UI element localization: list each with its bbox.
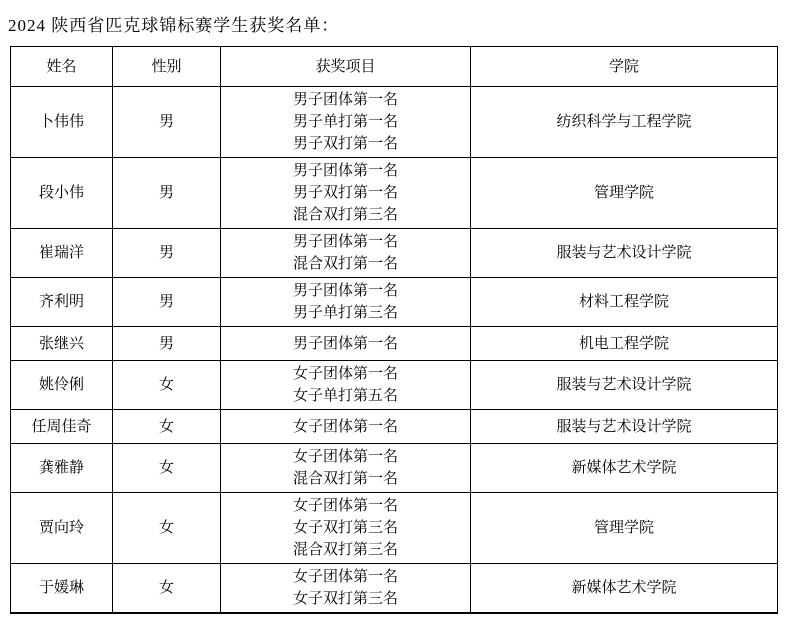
award-line: 男子团体第一名 xyxy=(223,89,468,111)
gender-cell: 女 xyxy=(113,410,221,444)
awards-cell: 女子团体第一名 女子双打第三名 混合双打第三名 xyxy=(221,493,471,564)
awards-cell: 男子团体第一名 男子双打第一名 混合双打第三名 xyxy=(221,158,471,229)
table-row: 齐利明 男 男子团体第一名 男子单打第三名 材料工程学院 xyxy=(11,278,778,327)
name-cell: 段小伟 xyxy=(11,158,113,229)
award-line: 女子团体第一名 xyxy=(223,416,468,438)
award-line: 男子团体第一名 xyxy=(223,333,468,355)
table-row: 贾向玲 女 女子团体第一名 女子双打第三名 混合双打第三名 管理学院 xyxy=(11,493,778,564)
header-cell-college: 学院 xyxy=(471,47,778,87)
table-row: 张继兴 男 男子团体第一名 机电工程学院 xyxy=(11,327,778,361)
awards-cell: 女子团体第一名 女子单打第五名 xyxy=(221,361,471,410)
college-cell: 服装与艺术设计学院 xyxy=(471,361,778,410)
awards-cell: 男子团体第一名 男子单打第一名 男子双打第一名 xyxy=(221,87,471,158)
awards-cell: 男子团体第一名 混合双打第一名 xyxy=(221,229,471,278)
table-row: 龚雅静 女 女子团体第一名 混合双打第一名 新媒体艺术学院 xyxy=(11,444,778,493)
table-row: 任周佳奇 女 女子团体第一名 服装与艺术设计学院 xyxy=(11,410,778,444)
award-line: 男子双打第一名 xyxy=(223,133,468,155)
college-cell: 管理学院 xyxy=(471,158,778,229)
header-cell-awards: 获奖项目 xyxy=(221,47,471,87)
name-cell: 崔瑞洋 xyxy=(11,229,113,278)
table-header-row: 姓名 性别 获奖项目 学院 xyxy=(11,47,778,87)
college-cell: 服装与艺术设计学院 xyxy=(471,229,778,278)
name-cell: 任周佳奇 xyxy=(11,410,113,444)
awards-cell: 女子团体第一名 混合双打第一名 xyxy=(221,444,471,493)
award-line: 女子双打第三名 xyxy=(223,517,468,539)
college-cell: 新媒体艺术学院 xyxy=(471,564,778,614)
award-line: 男子单打第一名 xyxy=(223,111,468,133)
award-line: 女子双打第三名 xyxy=(223,588,468,610)
header-cell-gender: 性别 xyxy=(113,47,221,87)
gender-cell: 女 xyxy=(113,493,221,564)
table-row: 于媛琳 女 女子团体第一名 女子双打第三名 新媒体艺术学院 xyxy=(11,564,778,614)
awards-cell: 男子团体第一名 男子单打第三名 xyxy=(221,278,471,327)
college-cell: 新媒体艺术学院 xyxy=(471,444,778,493)
award-line: 男子团体第一名 xyxy=(223,231,468,253)
award-line: 女子团体第一名 xyxy=(223,446,468,468)
awards-cell: 女子团体第一名 xyxy=(221,410,471,444)
name-cell: 张继兴 xyxy=(11,327,113,361)
name-cell: 龚雅静 xyxy=(11,444,113,493)
name-cell: 姚伶俐 xyxy=(11,361,113,410)
award-line: 男子团体第一名 xyxy=(223,160,468,182)
header-cell-name: 姓名 xyxy=(11,47,113,87)
name-cell: 齐利明 xyxy=(11,278,113,327)
award-line: 男子双打第一名 xyxy=(223,182,468,204)
awards-table: 姓名 性别 获奖项目 学院 卜伟伟 男 男子团体第一名 男子单打第一名 男子双打… xyxy=(10,46,778,614)
table-row: 崔瑞洋 男 男子团体第一名 混合双打第一名 服装与艺术设计学院 xyxy=(11,229,778,278)
award-line: 男子团体第一名 xyxy=(223,280,468,302)
document-page: 2024 陕西省匹克球锦标赛学生获奖名单： 姓名 性别 获奖项目 学院 卜伟伟 … xyxy=(0,0,790,617)
gender-cell: 女 xyxy=(113,564,221,614)
college-cell: 材料工程学院 xyxy=(471,278,778,327)
name-cell: 于媛琳 xyxy=(11,564,113,614)
college-cell: 管理学院 xyxy=(471,493,778,564)
awards-cell: 女子团体第一名 女子双打第三名 xyxy=(221,564,471,614)
gender-cell: 女 xyxy=(113,444,221,493)
award-line: 混合双打第一名 xyxy=(223,253,468,275)
award-line: 女子团体第一名 xyxy=(223,363,468,385)
gender-cell: 男 xyxy=(113,327,221,361)
award-line: 男子单打第三名 xyxy=(223,302,468,324)
name-cell: 贾向玲 xyxy=(11,493,113,564)
award-line: 女子团体第一名 xyxy=(223,566,468,588)
gender-cell: 男 xyxy=(113,87,221,158)
college-cell: 机电工程学院 xyxy=(471,327,778,361)
table-row: 段小伟 男 男子团体第一名 男子双打第一名 混合双打第三名 管理学院 xyxy=(11,158,778,229)
award-line: 女子团体第一名 xyxy=(223,495,468,517)
award-line: 混合双打第三名 xyxy=(223,539,468,561)
table-row: 姚伶俐 女 女子团体第一名 女子单打第五名 服装与艺术设计学院 xyxy=(11,361,778,410)
page-title: 2024 陕西省匹克球锦标赛学生获奖名单： xyxy=(0,0,790,36)
awards-cell: 男子团体第一名 xyxy=(221,327,471,361)
award-line: 混合双打第一名 xyxy=(223,468,468,490)
name-cell: 卜伟伟 xyxy=(11,87,113,158)
college-cell: 服装与艺术设计学院 xyxy=(471,410,778,444)
gender-cell: 男 xyxy=(113,229,221,278)
college-cell: 纺织科学与工程学院 xyxy=(471,87,778,158)
award-line: 女子单打第五名 xyxy=(223,385,468,407)
award-line: 混合双打第三名 xyxy=(223,204,468,226)
gender-cell: 男 xyxy=(113,278,221,327)
gender-cell: 男 xyxy=(113,158,221,229)
gender-cell: 女 xyxy=(113,361,221,410)
table-row: 卜伟伟 男 男子团体第一名 男子单打第一名 男子双打第一名 纺织科学与工程学院 xyxy=(11,87,778,158)
